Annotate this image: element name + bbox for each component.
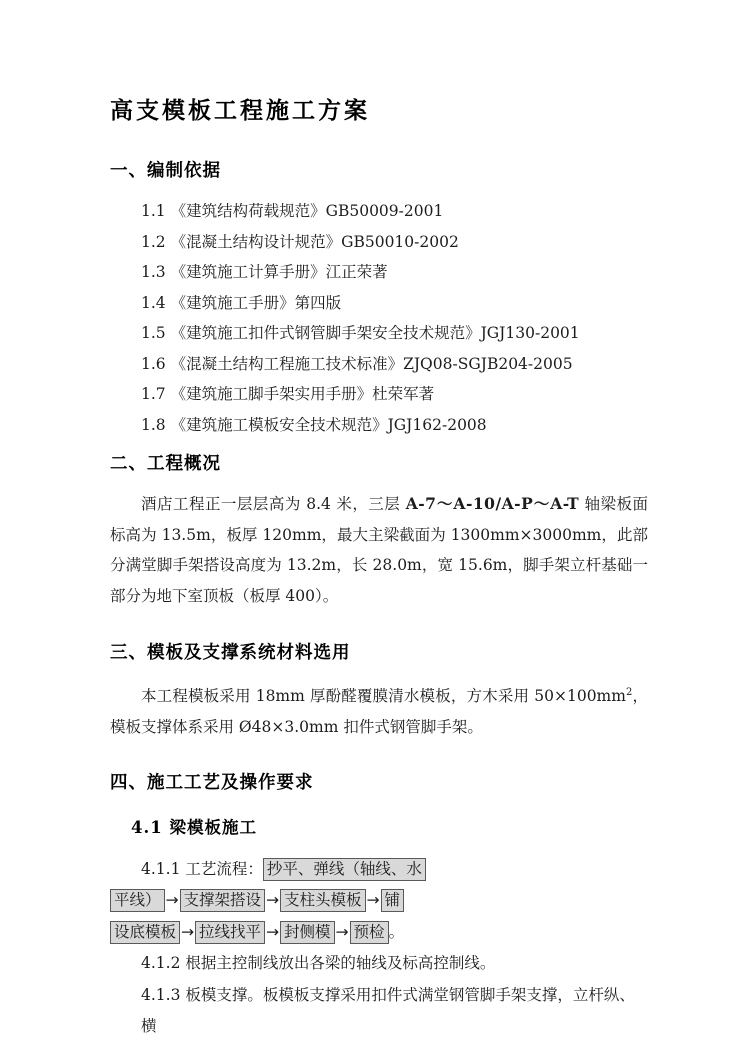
item-4-1-2-text: 4.1.2 根据主控制线放出各梁的轴线及标高控制线。 xyxy=(110,948,648,980)
materials-text-before: 本工程模板采用 18mm 厚酚醛覆膜清水模板，方木采用 50×100mm xyxy=(141,688,626,706)
flow-step-leveling-line-marking-part2: 平线） xyxy=(110,889,165,912)
project-overview-paragraph: 酒店工程正一层层高为 8.4 米，三层 A-7～A-10/A-P～A-T 轴梁板… xyxy=(110,489,648,611)
flow-arrow-icon: → xyxy=(366,891,381,909)
flow-step-line-leveling: 拉线找平 xyxy=(195,921,265,944)
reference-item-5: 1.5 《建筑施工扣件式钢管脚手架安全技术规范》JGJ130-2001 xyxy=(110,318,648,349)
flow-arrow-icon: → xyxy=(265,923,280,941)
process-flow-diagram: 4.1.1 工艺流程：抄平、弹线（轴线、水 平线）→支撑架搭设→支柱头模板→铺 … xyxy=(110,854,648,949)
flow-step-column-head-formwork: 支柱头模板 xyxy=(280,889,366,912)
axis-range-bold-text: A-7～A-10/A-P～A-T xyxy=(406,494,579,513)
section-3-heading: 三、模板及支撑系统材料选用 xyxy=(110,639,648,664)
flow-step-bottom-formwork-part2: 设底模板 xyxy=(110,921,180,944)
flow-suffix-period: 。 xyxy=(389,923,405,941)
materials-paragraph: 本工程模板采用 18mm 厚酚醛覆膜清水模板，方木采用 50×100mm2，模板… xyxy=(110,678,648,742)
section-2-heading: 二、工程概况 xyxy=(110,450,648,475)
overview-text-before: 酒店工程正一层层高为 8.4 米，三层 xyxy=(141,495,406,513)
reference-item-6: 1.6 《混凝土结构工程施工技术标准》ZJQ08-SGJB204-2005 xyxy=(110,349,648,380)
document-page: 高支模板工程施工方案 一、编制依据 1.1 《建筑结构荷载规范》GB50009-… xyxy=(0,0,744,1052)
flow-arrow-icon: → xyxy=(335,923,350,941)
flow-step-leveling-line-marking-part1: 抄平、弹线（轴线、水 xyxy=(263,858,426,881)
reference-item-3: 1.3 《建筑施工计算手册》江正荣著 xyxy=(110,257,648,288)
flow-step-bottom-formwork-part1: 铺 xyxy=(381,889,405,912)
flow-arrow-icon: → xyxy=(180,923,195,941)
flow-step-side-formwork-sealing: 封侧模 xyxy=(280,921,335,944)
reference-item-2: 1.2 《混凝土结构设计规范》GB50010-2002 xyxy=(110,227,648,258)
section-4-heading: 四、施工工艺及操作要求 xyxy=(110,769,648,794)
flow-step-pre-inspection: 预检 xyxy=(350,921,389,944)
flow-prefix-label: 4.1.1 工艺流程： xyxy=(110,860,263,878)
flow-step-support-frame-erection: 支撑架搭设 xyxy=(180,889,266,912)
reference-item-4: 1.4 《建筑施工手册》第四版 xyxy=(110,288,648,319)
flow-arrow-icon: → xyxy=(165,891,180,909)
document-title: 高支模板工程施工方案 xyxy=(110,92,648,125)
reference-item-8: 1.8 《建筑施工模板安全技术规范》JGJ162-2008 xyxy=(110,410,648,441)
item-4-1-3-text: 4.1.3 板模支撑。板模板支撑采用扣件式满堂钢管脚手架支撑，立杆纵、横 xyxy=(110,980,648,1043)
reference-item-7: 1.7 《建筑施工脚手架实用手册》杜荣军著 xyxy=(110,379,648,410)
subsection-4-1-heading: 4.1 梁模板施工 xyxy=(131,814,648,838)
flow-arrow-icon: → xyxy=(265,891,280,909)
section-1-heading: 一、编制依据 xyxy=(110,157,648,182)
reference-item-1: 1.1 《建筑结构荷载规范》GB50009-2001 xyxy=(110,196,648,227)
